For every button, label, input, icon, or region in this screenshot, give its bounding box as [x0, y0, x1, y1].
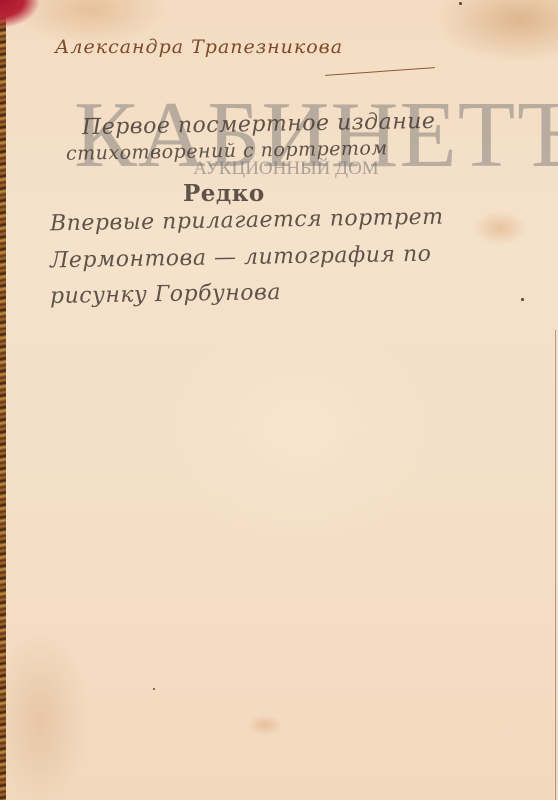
inscription-line: Первое посмертное издание: [82, 109, 436, 140]
inscription-line: стихотворений с портретом: [66, 137, 388, 165]
red-endpaper-corner: [0, 0, 40, 28]
ink-speck: [521, 298, 524, 301]
owner-signature: Александра Трапезникова: [55, 36, 343, 58]
manuscript-page: Александра Трапезникова КАБИНЕТЪ АУКЦИОН…: [0, 0, 558, 800]
inscription-line: рисунку Горбунова: [50, 280, 281, 309]
signature-underline: [325, 67, 435, 76]
inscription-line: Впервые прилагается портрет: [50, 205, 444, 237]
page-fold-line: [555, 330, 556, 800]
inscription-rarity-note: Редко: [183, 180, 265, 207]
ink-speck: [153, 688, 155, 690]
marbled-binding-edge: [0, 0, 6, 800]
ink-speck: [459, 2, 462, 5]
inscription-line: Лермонтова — литография по: [50, 242, 432, 274]
